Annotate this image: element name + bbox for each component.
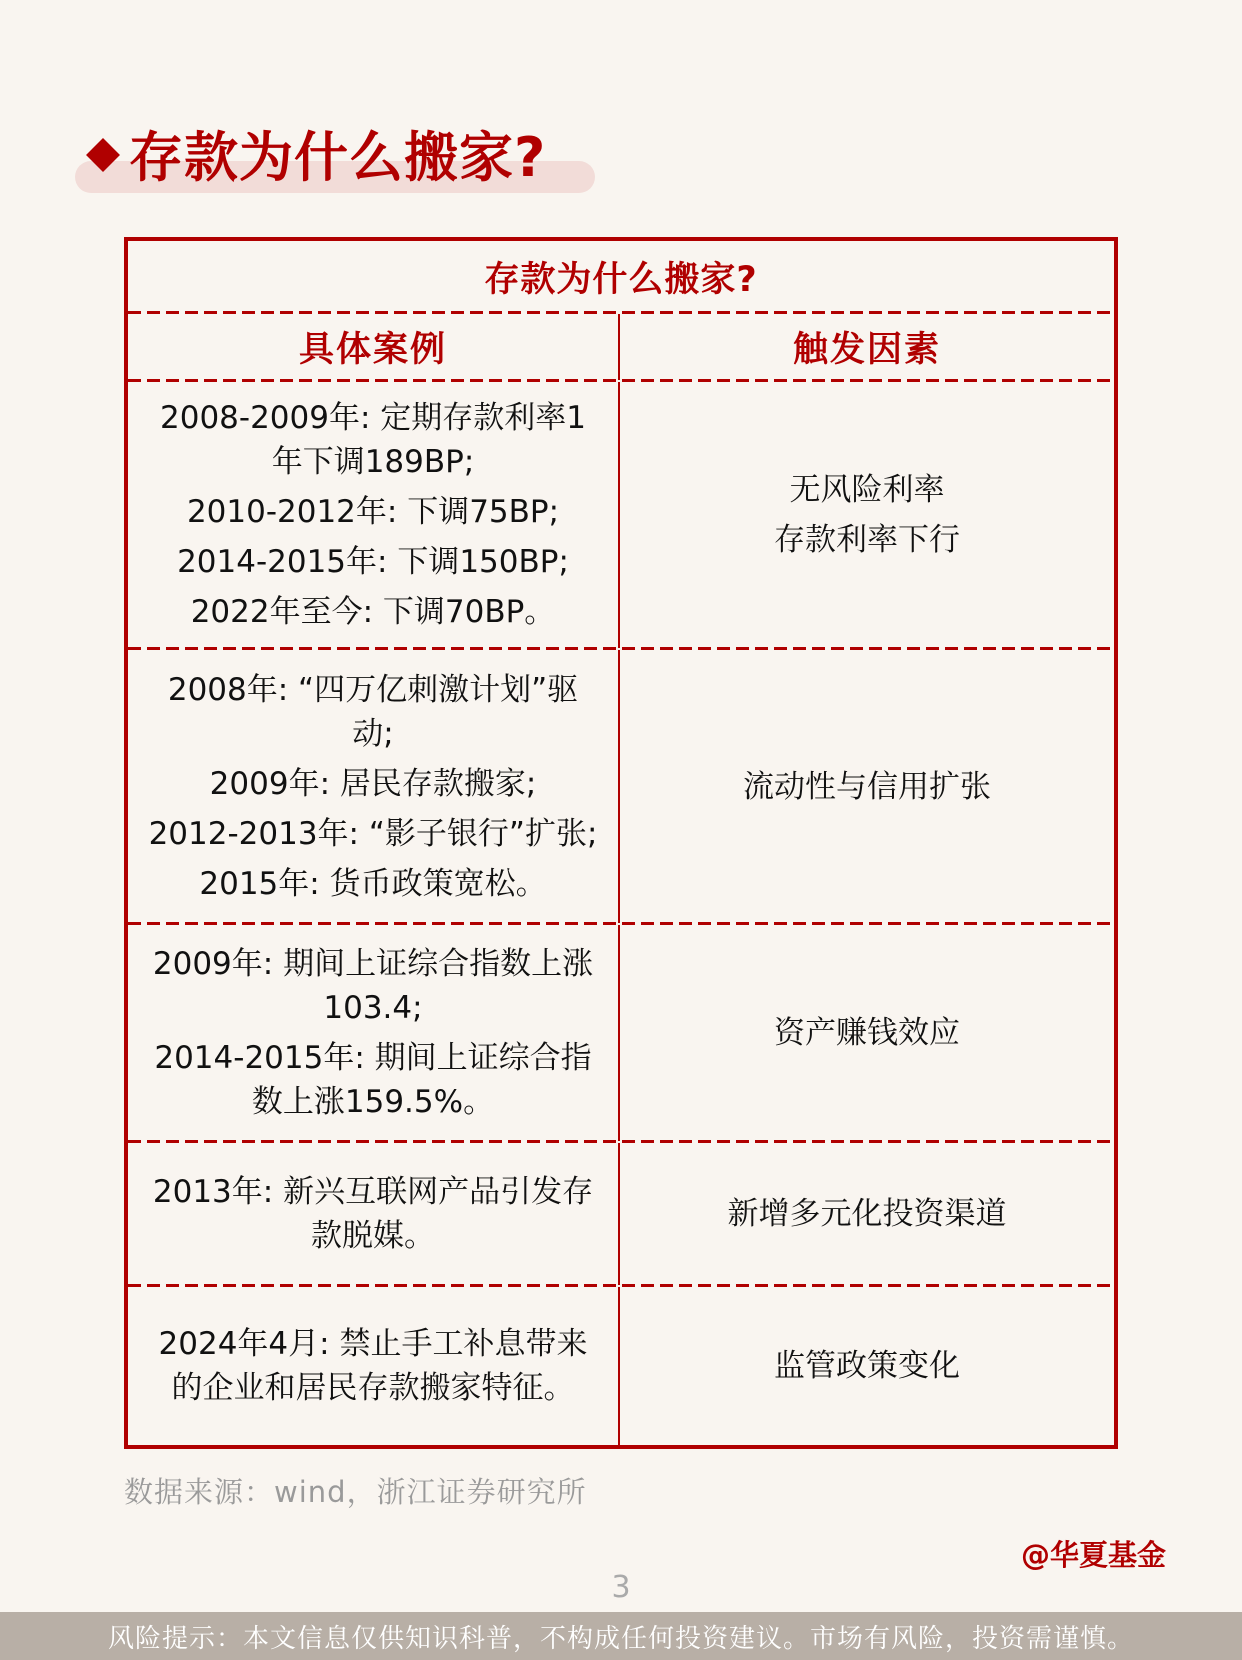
case-line: 2009年: 期间上证综合指数上涨103.4; <box>142 942 604 1030</box>
table-header-row: 具体案例 触发因素 <box>128 314 1114 380</box>
case-line: 2012-2013年: “影子银行”扩张; <box>142 812 604 856</box>
factor-line: 资产赚钱效应 <box>774 1008 960 1058</box>
factor-line: 存款利率下行 <box>774 515 960 565</box>
table-row: 2013年: 新兴互联网产品引发存款脱媒。 新增多元化投资渠道 <box>128 1143 1114 1285</box>
factor-line: 无风险利率 <box>774 465 960 515</box>
data-source-note: 数据来源：wind，浙江证券研究所 <box>124 1470 587 1511</box>
case-line: 2008年: “四万亿刺激计划”驱动; <box>142 668 604 756</box>
factor-cell: 无风险利率 存款利率下行 <box>620 382 1114 648</box>
column-header-factors: 触发因素 <box>620 314 1114 380</box>
factor-line: 新增多元化投资渠道 <box>728 1189 1007 1239</box>
risk-notice-footer: 风险提示：本文信息仅供知识科普，不构成任何投资建议。市场有风险，投资需谨慎。 <box>0 1612 1242 1660</box>
table-title: 存款为什么搬家? <box>128 241 1114 312</box>
table-row: 2008年: “四万亿刺激计划”驱动; 2009年: 居民存款搬家; 2012-… <box>128 650 1114 923</box>
factor-line: 监管政策变化 <box>774 1341 960 1391</box>
case-line: 2014-2015年: 期间上证综合指数上涨159.5%。 <box>142 1036 604 1124</box>
cases-cell: 2009年: 期间上证综合指数上涨103.4; 2014-2015年: 期间上证… <box>128 925 620 1141</box>
factor-line: 流动性与信用扩张 <box>743 762 991 812</box>
page-title-block: 存款为什么搬家? <box>75 118 635 198</box>
table-row: 2009年: 期间上证综合指数上涨103.4; 2014-2015年: 期间上证… <box>128 925 1114 1141</box>
factor-cell: 新增多元化投资渠道 <box>620 1143 1114 1285</box>
factor-cell: 资产赚钱效应 <box>620 925 1114 1141</box>
factor-cell: 监管政策变化 <box>620 1287 1114 1445</box>
cases-cell: 2008年: “四万亿刺激计划”驱动; 2009年: 居民存款搬家; 2012-… <box>128 650 620 923</box>
case-line: 2009年: 居民存款搬家; <box>142 762 604 806</box>
case-line: 2014-2015年: 下调150BP; <box>142 540 604 584</box>
column-header-cases: 具体案例 <box>128 314 620 380</box>
risk-notice-text: 风险提示：本文信息仅供知识科普，不构成任何投资建议。市场有风险，投资需谨慎。 <box>108 1618 1134 1655</box>
case-line: 2024年4月: 禁止手工补息带来的企业和居民存款搬家特征。 <box>142 1322 604 1410</box>
brand-watermark: @华夏基金 <box>1021 1533 1166 1574</box>
table-row: 2008-2009年: 定期存款利率1年下调189BP; 2010-2012年:… <box>128 382 1114 648</box>
case-line: 2013年: 新兴互联网产品引发存款脱媒。 <box>142 1170 604 1258</box>
cases-cell: 2013年: 新兴互联网产品引发存款脱媒。 <box>128 1143 620 1285</box>
case-line: 2008-2009年: 定期存款利率1年下调189BP; <box>142 396 604 484</box>
case-line: 2015年: 货币政策宽松。 <box>142 862 604 906</box>
table-row: 2024年4月: 禁止手工补息带来的企业和居民存款搬家特征。 监管政策变化 <box>128 1287 1114 1445</box>
factor-cell: 流动性与信用扩张 <box>620 650 1114 923</box>
page-number: 3 <box>0 1570 1242 1605</box>
table-title-row: 存款为什么搬家? <box>128 241 1114 312</box>
cases-cell: 2008-2009年: 定期存款利率1年下调189BP; 2010-2012年:… <box>128 382 620 648</box>
cases-cell: 2024年4月: 禁止手工补息带来的企业和居民存款搬家特征。 <box>128 1287 620 1445</box>
page-title: 存款为什么搬家? <box>129 118 546 198</box>
case-line: 2022年至今: 下调70BP。 <box>142 590 604 634</box>
case-line: 2010-2012年: 下调75BP; <box>142 490 604 534</box>
deposit-migration-table: 存款为什么搬家? 具体案例 触发因素 2008-2009年: 定期存款利率1年下… <box>124 237 1118 1449</box>
